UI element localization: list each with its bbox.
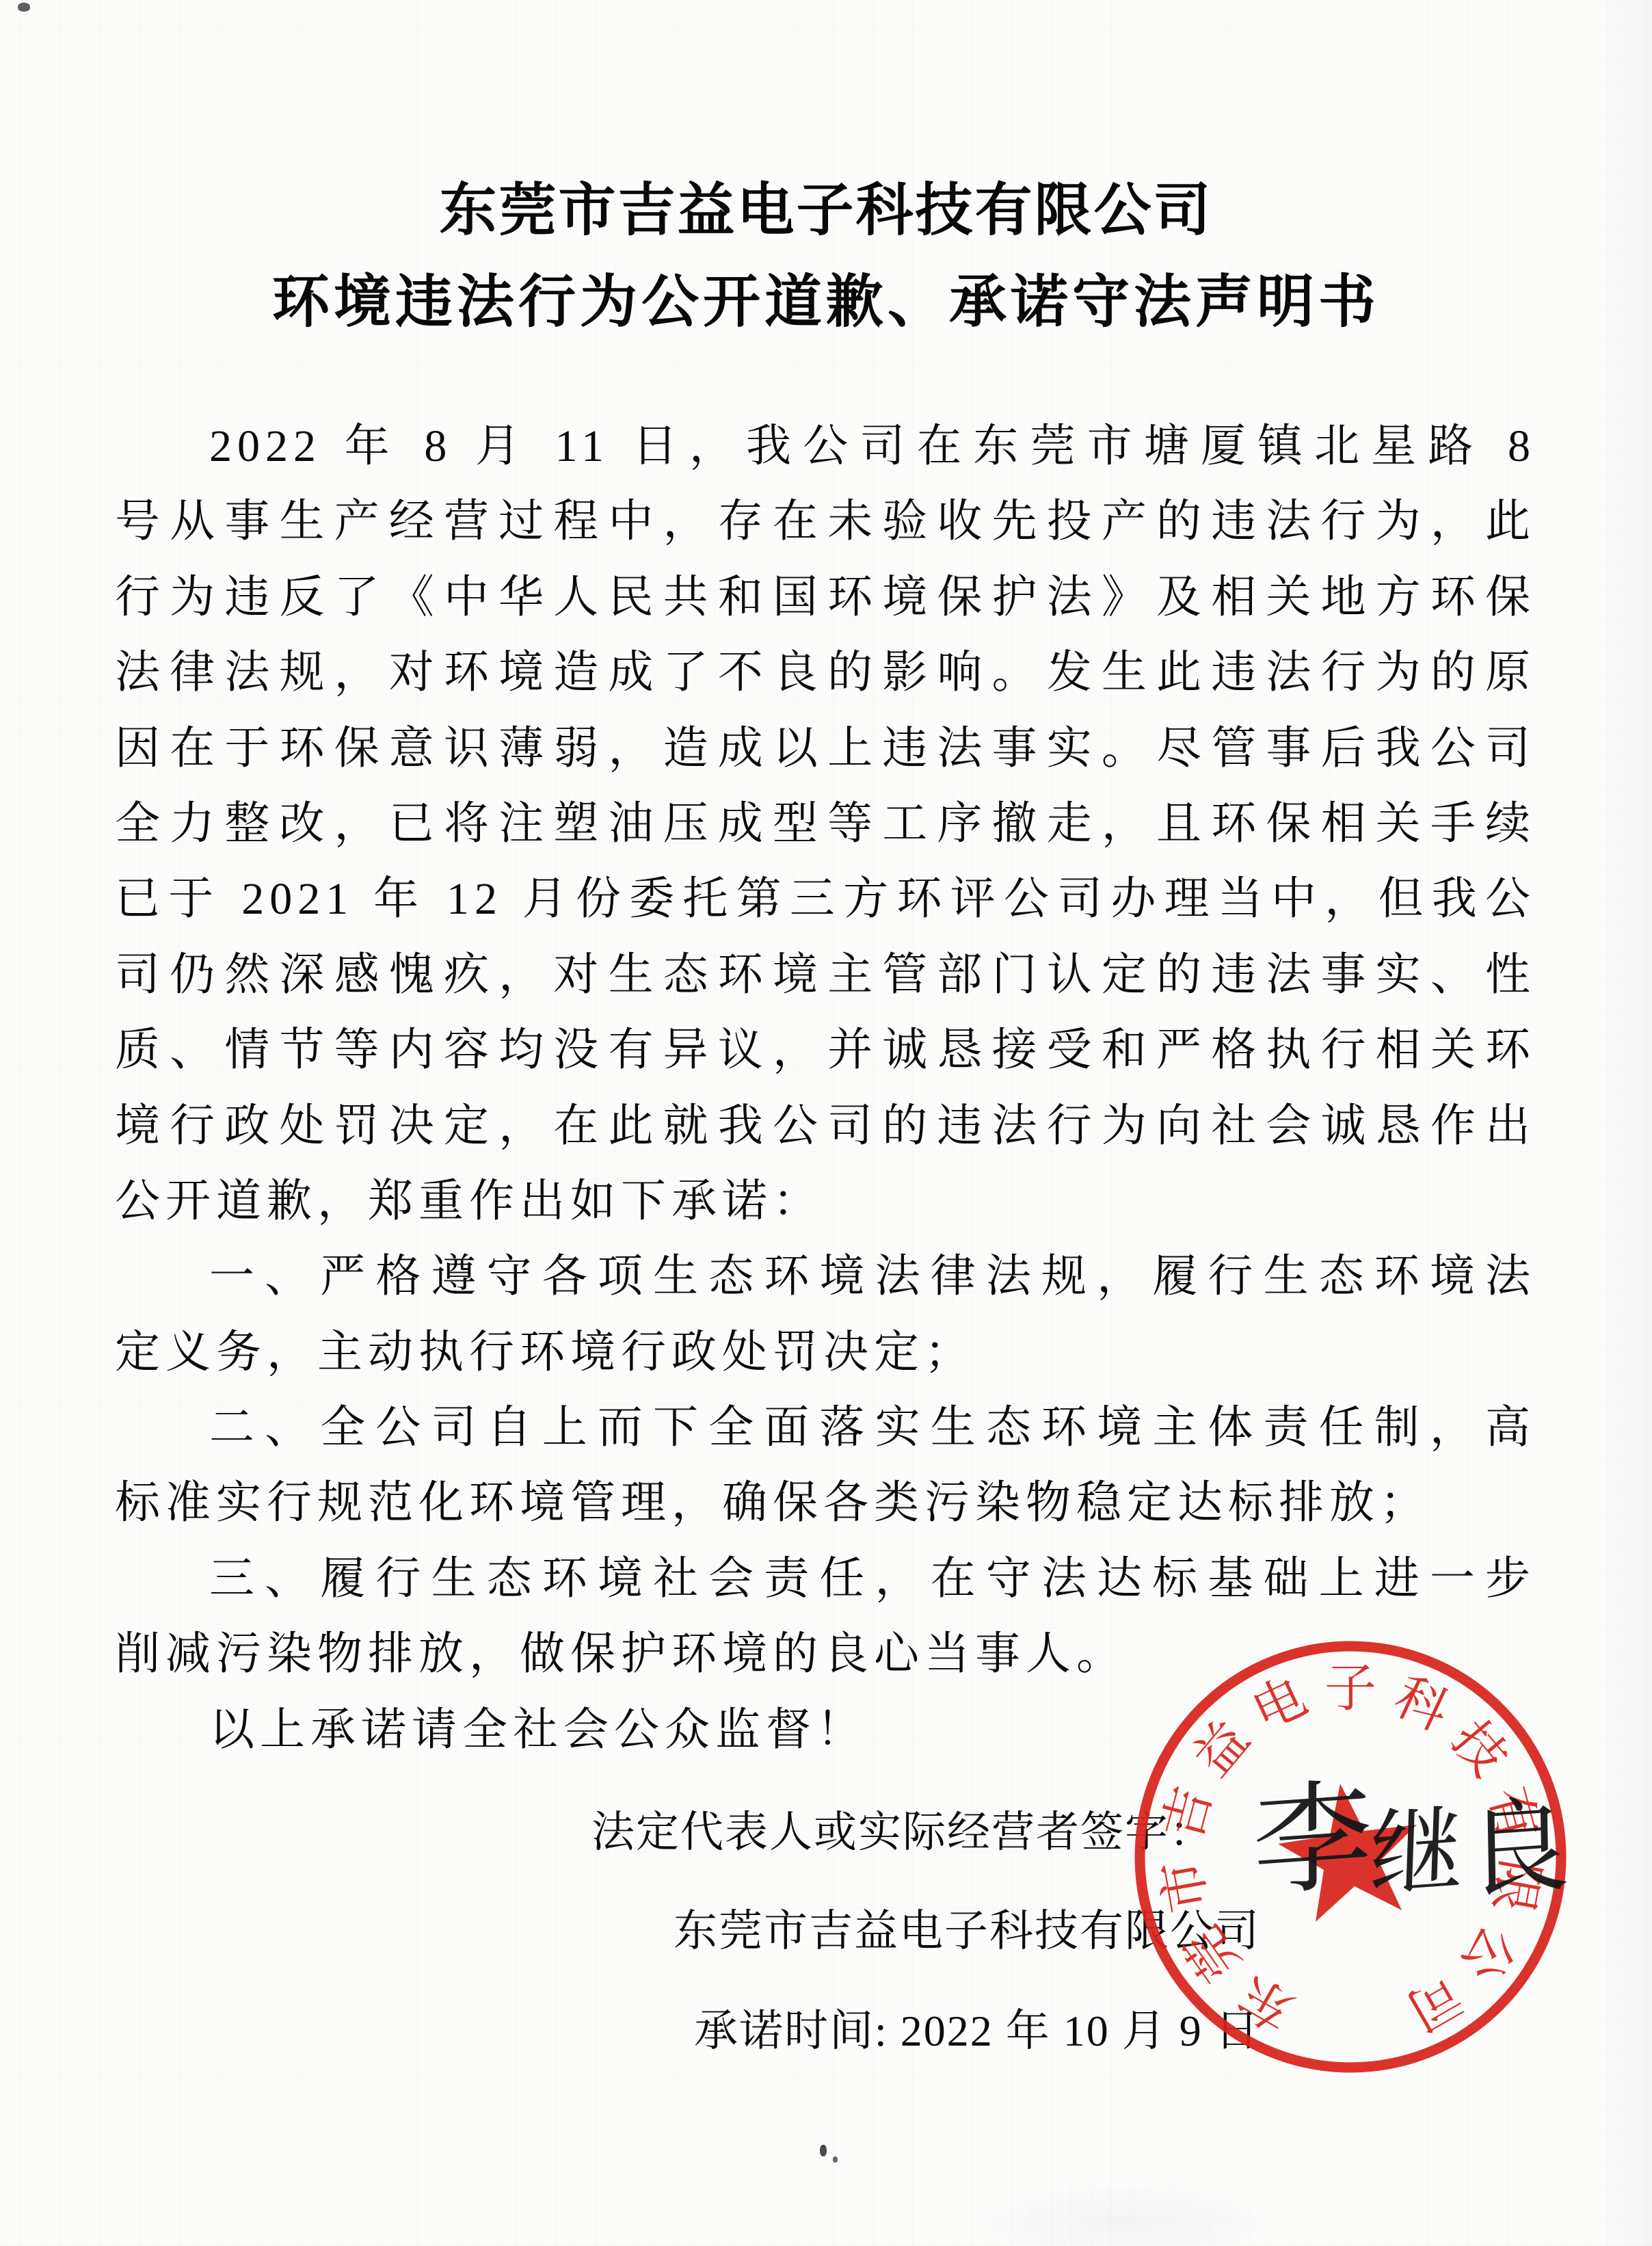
seal-ring-char: 吉 (1153, 1781, 1223, 1846)
handwritten-signature: 李继良 (1247, 1726, 1573, 1920)
body-line: 公开道歉，郑重作出如下承诺： (115, 1164, 1536, 1239)
signature-label: 法定代表人或实际经营者签字： (591, 1797, 1214, 1860)
seal-ring-char: 科 (1386, 1667, 1458, 1741)
body-line: 定义务，主动执行环境行政处罚决定； (115, 1315, 1536, 1390)
body-line: 一、严格遵守各项生态环境法律法规，履行生态环境法 (115, 1239, 1536, 1314)
body-line: 标准实行规范化环境管理，确保各类污染物稳定达标排放； (115, 1466, 1536, 1541)
body-line: 2022 年 8 月 11 日，我公司在东莞市塘厦镇北星路 8 (115, 409, 1536, 484)
scan-speck (820, 2145, 827, 2156)
seal-ring-char: 电 (1244, 1667, 1316, 1741)
body-line: 质、情节等内容均没有异议，并诚恳接受和严格执行相关环 (115, 1013, 1536, 1088)
body-line: 因在于环保意识薄弱，造成以上违法事实。尽管事后我公司 (115, 711, 1536, 787)
scan-speck (18, 3, 30, 12)
body-line: 二、全公司自上而下全面落实生态环境主体责任制，高 (115, 1390, 1536, 1466)
body-line: 号从事生产经营过程中，存在未验收先投产的违法行为，此 (115, 484, 1536, 559)
document-page: 东莞市吉益电子科技有限公司 环境违法行为公开道歉、承诺守法声明书 2022 年 … (0, 0, 1652, 2246)
scanned-document: { "document": { "title_line1": "东莞市吉益电子科… (0, 0, 1652, 2246)
handwritten-signature-char: 良 (1464, 1762, 1570, 1918)
body-line: 三、履行生态环境社会责任，在守法达标基础上进一步 (115, 1542, 1536, 1617)
body-line: 境行政处罚决定，在此就我公司的违法行为向社会诚恳作出 (115, 1089, 1536, 1164)
company-title: 东莞市吉益电子科技有限公司 (0, 164, 1652, 247)
body-line: 行为违反了《中华人民共和国环境保护法》及相关地方环保 (115, 560, 1536, 635)
document-subtitle: 环境违法行为公开道歉、承诺守法声明书 (0, 256, 1652, 339)
seal-ring-char: 市 (1151, 1855, 1218, 1917)
seal-ring-char: 子 (1324, 1660, 1376, 1718)
body-text: 2022 年 8 月 11 日，我公司在东莞市塘厦镇北星路 8号从事生产经营过程… (115, 409, 1536, 1768)
body-line: 全力整改，已将注塑油压成型等工序撤走，且环保相关手续 (115, 787, 1536, 862)
body-line: 司仍然深感愧疚，对生态环境主管部门认定的违法事实、性 (115, 938, 1536, 1013)
body-line: 法律法规，对环境造成了不良的影响。发生此违法行为的原 (115, 635, 1536, 711)
seal-ring-char: 东 (1229, 1964, 1303, 2041)
handwritten-signature-char: 继 (1368, 1773, 1467, 1916)
scan-speck (833, 2156, 838, 2163)
body-line: 已于 2021 年 12 月份委托第三方环评公司办理当中，但我公 (115, 862, 1536, 937)
seal-ring-char: 司 (1398, 1964, 1471, 2041)
handwritten-signature-char: 李 (1253, 1740, 1373, 1920)
